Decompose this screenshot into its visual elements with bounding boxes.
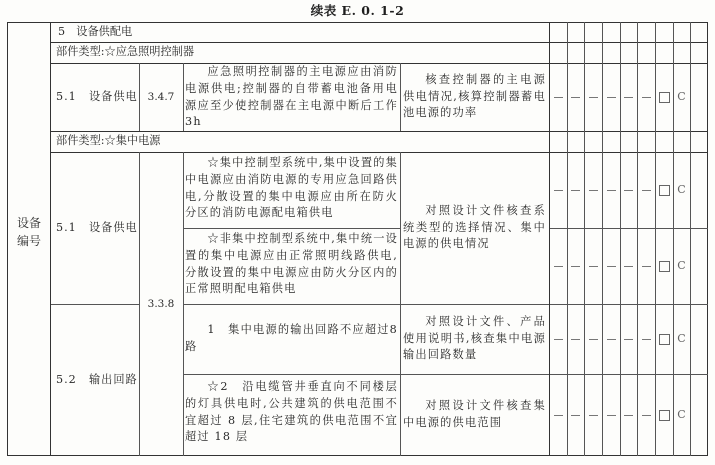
section-label: 5 设备供配电	[58, 22, 398, 42]
result-checkbox[interactable]	[656, 182, 673, 198]
not-applicable-dash	[620, 331, 637, 347]
dash-icon	[607, 97, 616, 98]
category-mark	[691, 407, 708, 423]
dash-icon	[624, 339, 633, 340]
not-applicable-dash	[638, 182, 655, 198]
dash-icon	[554, 339, 563, 340]
divider	[620, 22, 621, 456]
divider	[655, 22, 656, 456]
not-applicable-dash	[585, 258, 602, 274]
inspection-method: 核查控制器的主电源供电情况,核算控制器蓄电池电源的功率	[403, 63, 546, 131]
clause-number: 3.4.7	[139, 63, 183, 131]
dash-icon	[554, 266, 563, 267]
item-label: 5.2 输出回路	[56, 304, 139, 456]
dash-icon	[607, 190, 616, 191]
not-applicable-dash	[550, 89, 567, 105]
category-mark	[691, 89, 708, 105]
checkbox-icon[interactable]	[659, 92, 670, 103]
not-applicable-dash	[585, 89, 602, 105]
dash-icon	[642, 190, 651, 191]
divider	[690, 22, 691, 456]
not-applicable-dash	[603, 182, 620, 198]
dash-icon	[571, 339, 580, 340]
requirement-text: ☆2 沿电缆管井垂直向不同楼层的灯具供电时,公共建筑的供电范围不宜超过 8 层,…	[185, 379, 398, 446]
dash-icon	[624, 190, 633, 191]
checkbox-icon[interactable]	[659, 261, 670, 272]
result-checkbox[interactable]	[656, 89, 673, 105]
divider	[183, 152, 184, 456]
not-applicable-dash	[567, 407, 584, 423]
divider	[584, 22, 585, 456]
result-checkbox[interactable]	[656, 258, 673, 274]
requirement-text: 应急照明控制器的主电源应由消防电源供电;控制器的自带蓄电池备用电源应至少使控制器…	[185, 64, 398, 131]
divider	[400, 152, 401, 456]
not-applicable-dash	[567, 331, 584, 347]
not-applicable-dash	[620, 182, 637, 198]
category-mark: C	[673, 182, 690, 198]
requirement-text: ☆集中控制型系统中,集中设置的集中电源应由消防电源的专用应急回路供电,分散设置的…	[185, 155, 398, 222]
not-applicable-dash	[638, 89, 655, 105]
checkbox-icon[interactable]	[659, 185, 670, 196]
not-applicable-dash	[567, 258, 584, 274]
not-applicable-dash	[550, 407, 567, 423]
dash-icon	[607, 266, 616, 267]
requirement-text: 1 集中电源的输出回路不应超过8路	[185, 304, 398, 374]
dash-icon	[554, 415, 563, 416]
not-applicable-dash	[603, 89, 620, 105]
item-label: 5.1 设备供电	[56, 152, 139, 304]
dash-icon	[642, 415, 651, 416]
not-applicable-dash	[620, 89, 637, 105]
checkbox-icon[interactable]	[659, 410, 670, 421]
divider	[602, 22, 603, 456]
not-applicable-dash	[585, 407, 602, 423]
result-checkbox[interactable]	[656, 407, 673, 423]
category-mark	[691, 182, 708, 198]
divider	[400, 63, 401, 131]
result-checkbox[interactable]	[656, 331, 673, 347]
checkbox-icon[interactable]	[659, 334, 670, 345]
not-applicable-dash	[620, 407, 637, 423]
divider	[183, 228, 400, 229]
not-applicable-dash	[638, 407, 655, 423]
item-label: 5.1 设备供电	[56, 63, 139, 131]
category-mark: C	[673, 331, 690, 347]
dash-icon	[554, 97, 563, 98]
category-mark	[691, 258, 708, 274]
dash-icon	[624, 415, 633, 416]
divider	[637, 22, 638, 456]
not-applicable-dash	[603, 258, 620, 274]
not-applicable-dash	[620, 258, 637, 274]
divider	[549, 22, 550, 456]
device-id-header-line: 编号	[8, 232, 50, 250]
dash-icon	[571, 415, 580, 416]
not-applicable-dash	[567, 89, 584, 105]
dash-icon	[589, 97, 598, 98]
not-applicable-dash	[638, 258, 655, 274]
category-mark: C	[673, 407, 690, 423]
category-mark: C	[673, 89, 690, 105]
not-applicable-dash	[550, 182, 567, 198]
requirement-text: ☆非集中控制型系统中,集中统一设置的集中电源应由正常照明线路供电,分散设置的集中…	[185, 231, 398, 298]
inspection-method: 对照设计文件、产品使用说明书,核查集中电源输出回路数量	[403, 304, 546, 374]
divider	[50, 22, 51, 456]
dash-icon	[589, 339, 598, 340]
category-mark: C	[673, 258, 690, 274]
dash-icon	[589, 266, 598, 267]
dash-icon	[642, 97, 651, 98]
dash-icon	[571, 266, 580, 267]
dash-icon	[571, 190, 580, 191]
dash-icon	[589, 415, 598, 416]
not-applicable-dash	[567, 182, 584, 198]
dash-icon	[554, 190, 563, 191]
category-mark	[691, 331, 708, 347]
dash-icon	[624, 266, 633, 267]
not-applicable-dash	[550, 331, 567, 347]
dash-icon	[607, 339, 616, 340]
divider	[183, 63, 184, 131]
not-applicable-dash	[603, 331, 620, 347]
divider	[673, 22, 674, 456]
inspection-method: 对照设计文件核查系统类型的选择情况、集中电源的供电情况	[403, 152, 546, 304]
clause-number: 3.3.8	[139, 152, 183, 456]
not-applicable-dash	[550, 258, 567, 274]
table-title: 续表 E. 0. 1-2	[0, 1, 715, 19]
part-type-label: 部件类型:☆应急照明控制器	[56, 42, 456, 63]
dash-icon	[642, 266, 651, 267]
dash-icon	[589, 190, 598, 191]
not-applicable-dash	[603, 407, 620, 423]
dash-icon	[624, 97, 633, 98]
not-applicable-dash	[585, 331, 602, 347]
dash-icon	[607, 415, 616, 416]
not-applicable-dash	[638, 331, 655, 347]
not-applicable-dash	[585, 182, 602, 198]
divider	[567, 22, 568, 456]
device-id-header: 设备 编号	[8, 214, 50, 250]
device-id-header-line: 设备	[8, 214, 50, 232]
divider	[549, 228, 708, 229]
dash-icon	[642, 339, 651, 340]
inspection-method: 对照设计文件核查集中电源的供电范围	[403, 374, 546, 456]
part-type-label: 部件类型:☆集中电源	[56, 131, 456, 152]
dash-icon	[571, 97, 580, 98]
